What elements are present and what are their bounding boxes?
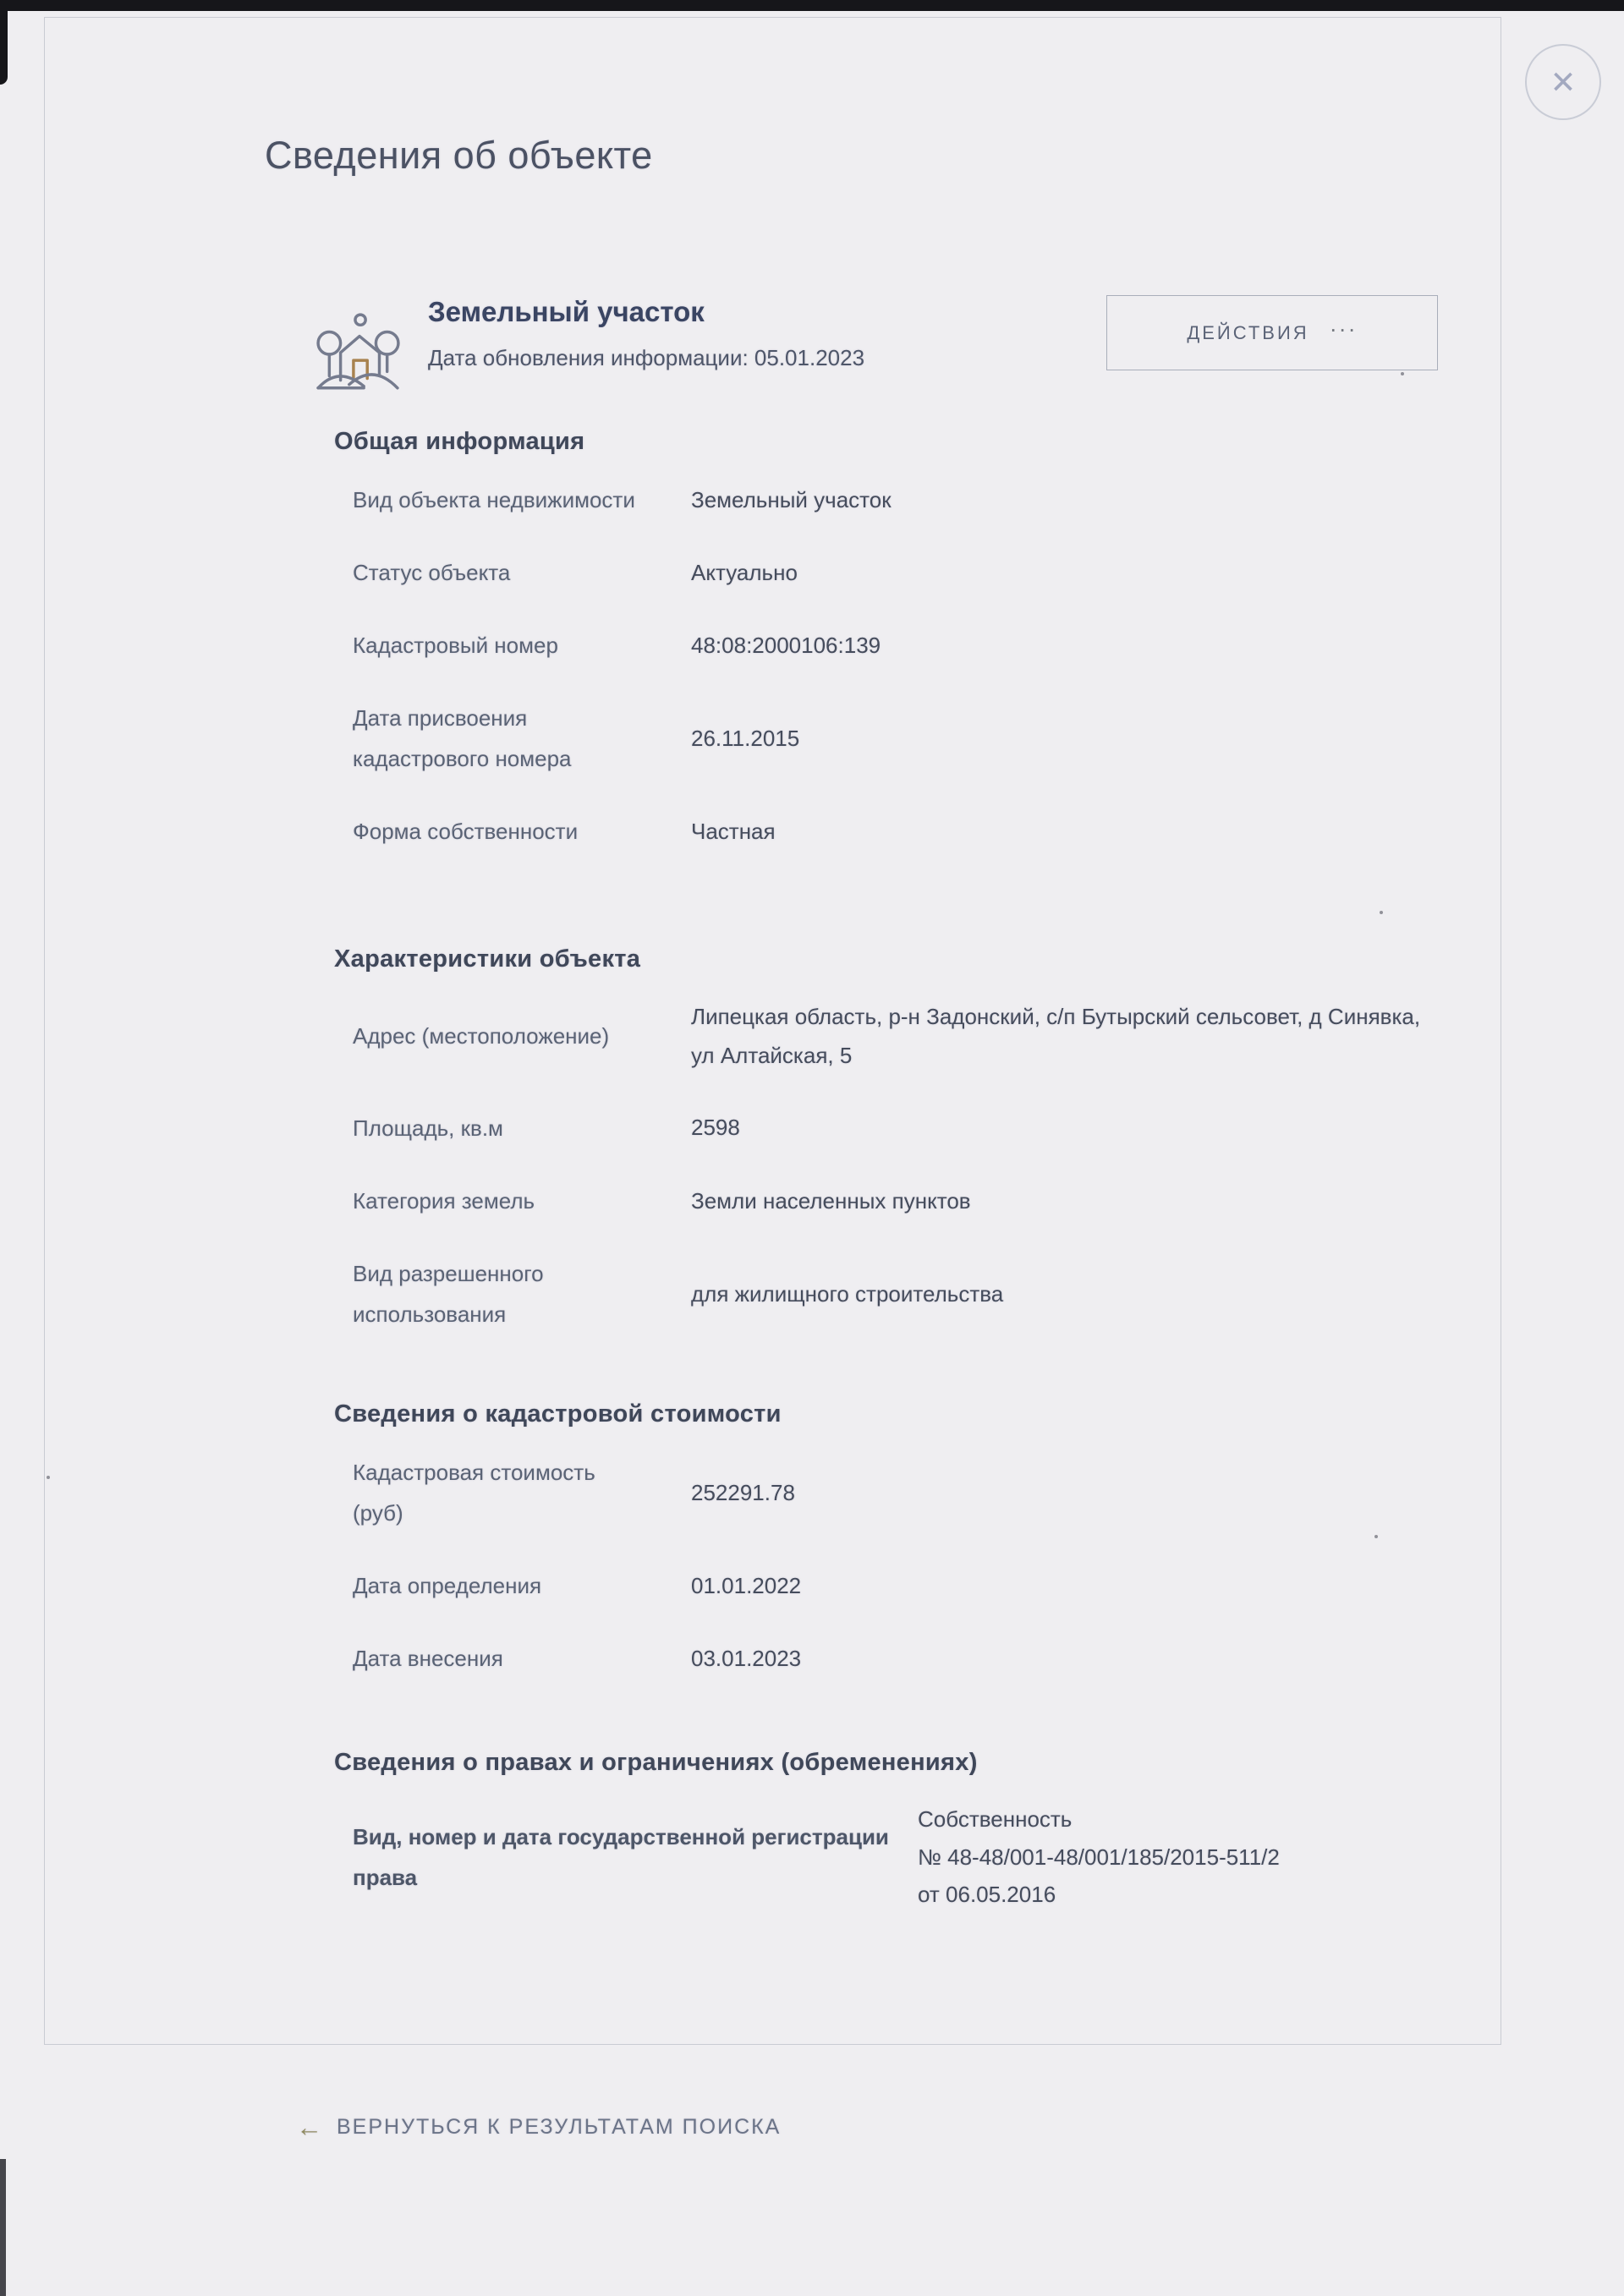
section-rights: Сведения о правах и ограничениях (обреме… [334,1749,1459,1946]
back-link-label: ВЕРНУТЬСЯ К РЕЗУЛЬТАТАМ ПОИСКА [337,2115,781,2140]
section-general: Общая информация Вид объекта недвижимост… [334,428,1459,885]
actions-button-label: ДЕЙСТВИЯ [1187,322,1309,344]
row-value: Земельный участок [691,480,1459,519]
info-row: Дата определения 01.01.2022 [353,1565,1459,1606]
right-type: Собственность [918,1800,1459,1838]
land-plot-icon [315,311,401,397]
section-characteristics: Характеристики объекта Адрес (местополож… [334,945,1459,1367]
row-value: Собственность № 48-48/001-48/001/185/201… [918,1800,1459,1914]
row-label: Категория земель [353,1181,691,1221]
scan-edge-left [0,0,8,85]
info-row: Площадь, кв.м 2598 [353,1108,1459,1148]
row-value: для жилищного строительства [691,1274,1459,1313]
section-heading: Сведения о кадастровой стоимости [334,1400,1459,1428]
row-label: Дата присвоения кадастрового номера [353,698,691,779]
row-value: Липецкая область, р-н Задонский, с/п Бут… [691,997,1427,1076]
row-value: 48:08:2000106:139 [691,626,1459,665]
row-label: Статус объекта [353,552,691,593]
right-reg-number: № 48-48/001-48/001/185/2015-511/2 [918,1838,1459,1877]
row-label: Кадастровый номер [353,625,691,666]
info-row: Кадастровый номер 48:08:2000106:139 [353,625,1459,666]
row-label: Вид разрешенного использования [353,1253,691,1334]
info-row: Кадастровая стоимость (руб) 252291.78 [353,1452,1459,1533]
info-row: Статус объекта Актуально [353,552,1459,593]
row-value: 03.01.2023 [691,1639,1459,1678]
info-row: Форма собственности Частная [353,811,1459,852]
info-row: Категория земель Земли населенных пункто… [353,1181,1459,1221]
actions-button[interactable]: ДЕЙСТВИЯ ··· [1106,295,1438,370]
row-value: 252291.78 [691,1473,1459,1512]
section-cadastral-value: Сведения о кадастровой стоимости Кадастр… [334,1400,1459,1711]
info-row: Дата присвоения кадастрового номера 26.1… [353,698,1459,779]
section-heading: Характеристики объекта [334,945,1459,973]
row-value: Актуально [691,553,1459,592]
row-value: Земли населенных пунктов [691,1181,1459,1220]
row-value: 01.01.2022 [691,1566,1459,1605]
row-label: Площадь, кв.м [353,1108,691,1148]
back-to-results-link[interactable]: ← ВЕРНУТЬСЯ К РЕЗУЛЬТАТАМ ПОИСКА [296,2114,781,2140]
scan-edge-top [0,0,1624,11]
section-heading: Общая информация [334,428,1459,456]
close-button[interactable]: ✕ [1525,44,1601,120]
row-value: 2598 [691,1108,1459,1147]
update-date-text: Дата обновления информации: 05.01.2023 [428,345,864,371]
row-value: 26.11.2015 [691,719,1459,758]
info-row: Адрес (местоположение) Липецкая область,… [353,997,1459,1076]
page-title: Сведения об объекте [265,134,653,178]
info-row: Вид разрешенного использования для жилищ… [353,1253,1459,1334]
right-reg-date: от 06.05.2016 [918,1876,1459,1914]
info-row: Вид объекта недвижимости Земельный участ… [353,479,1459,520]
section-heading: Сведения о правах и ограничениях (обреме… [334,1749,1459,1777]
row-label: Вид объекта недвижимости [353,479,691,520]
row-label: Адрес (местоположение) [353,1016,691,1056]
row-label: Дата определения [353,1565,691,1606]
scan-edge-bottom-left [0,2159,6,2296]
row-label: Дата внесения [353,1638,691,1679]
row-label: Форма собственности [353,811,691,852]
info-row: Вид, номер и дата государственной регист… [353,1800,1459,1914]
row-value: Частная [691,812,1459,851]
more-dots-icon: ··· [1330,329,1358,337]
row-label: Кадастровая стоимость (руб) [353,1452,647,1533]
info-row: Дата внесения 03.01.2023 [353,1638,1459,1679]
row-label: Вид, номер и дата государственной регист… [353,1817,918,1898]
back-arrow-icon: ← [296,2114,322,2140]
object-type-title: Земельный участок [428,296,705,328]
close-icon: ✕ [1550,67,1576,98]
